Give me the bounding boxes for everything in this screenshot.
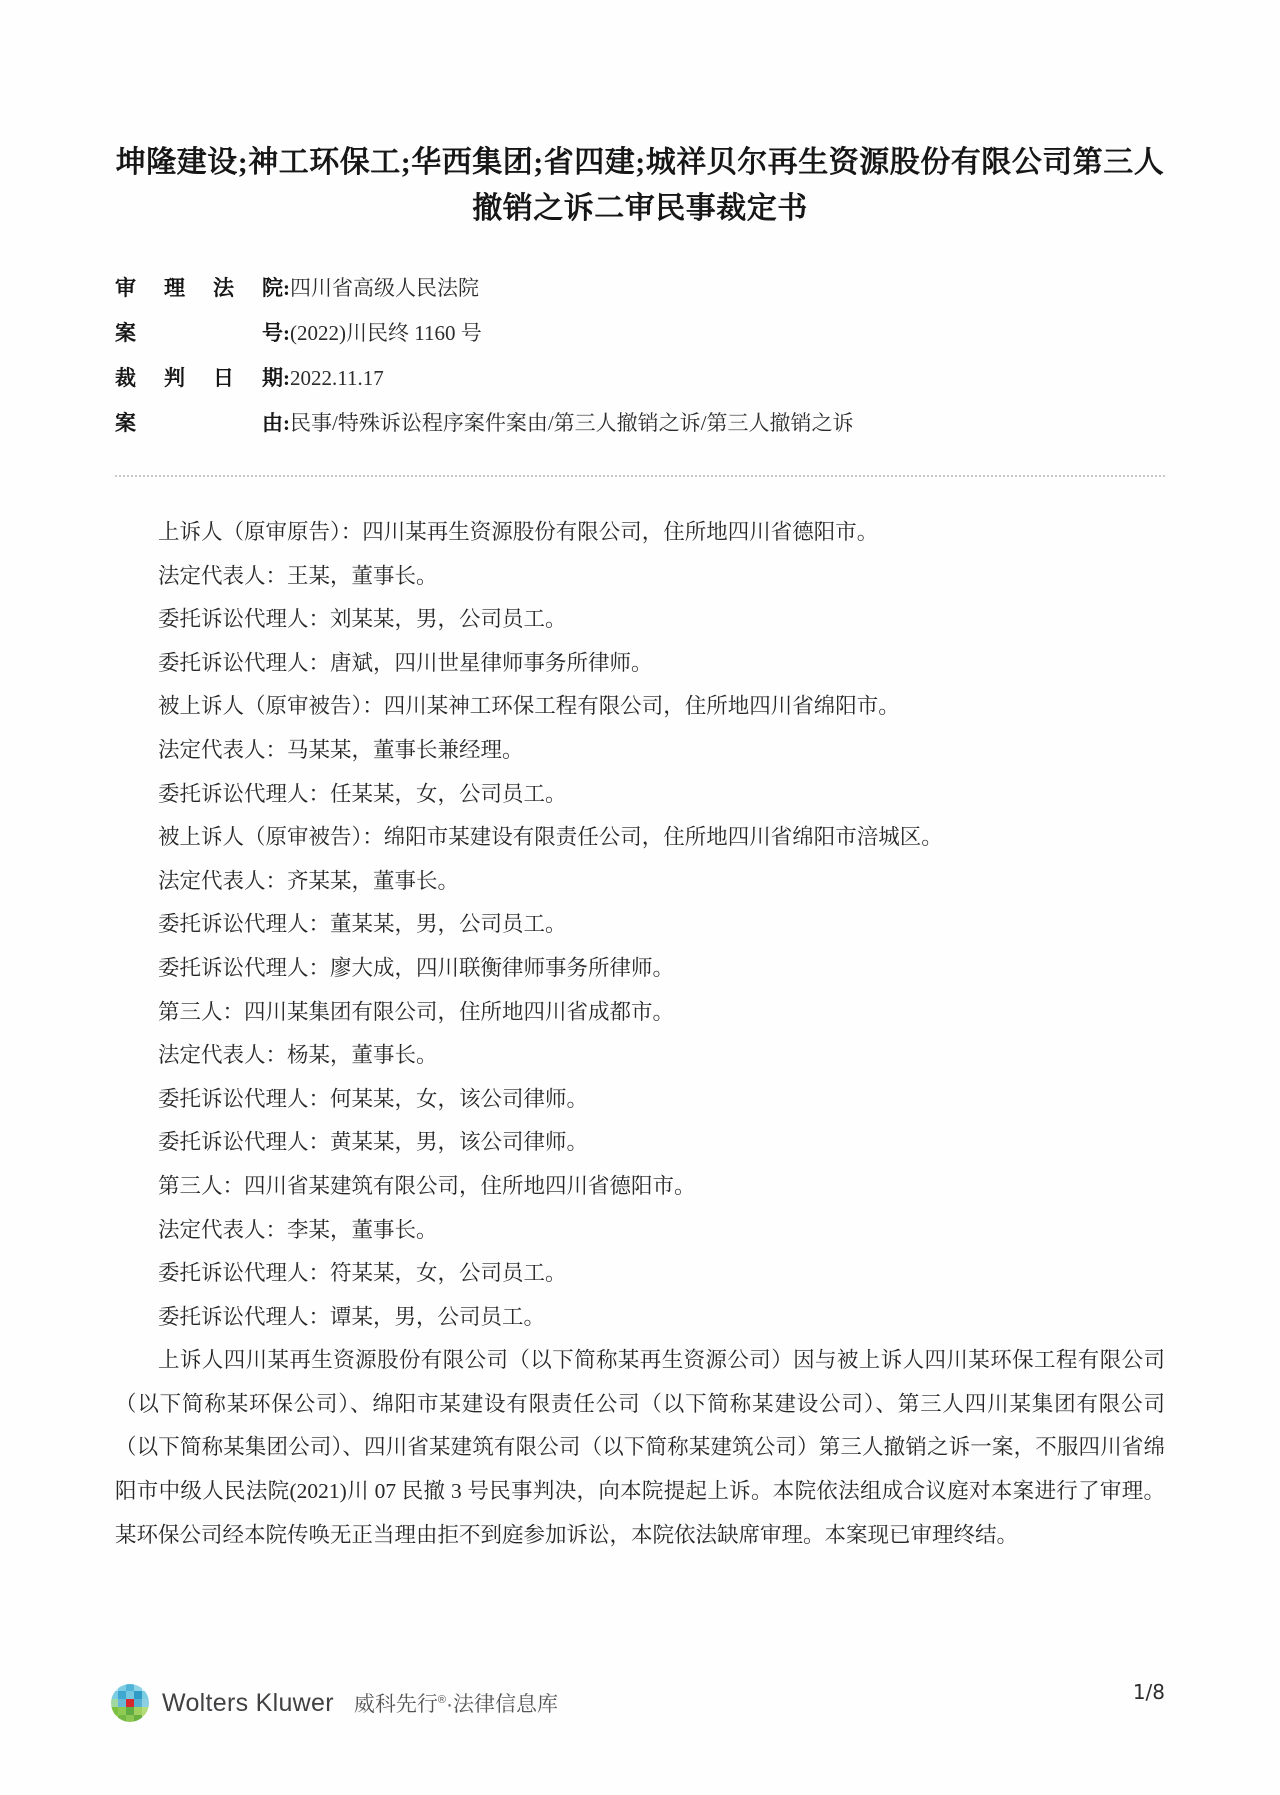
meta-value-court: 四川省高级人民法院 xyxy=(290,276,479,300)
party-line: 法定代表人：齐某某，董事长。 xyxy=(115,860,1165,904)
party-line: 法定代表人：李某，董事长。 xyxy=(115,1209,1165,1253)
registered-mark: ® xyxy=(438,1694,446,1706)
document-title: 坤隆建设;神工环保工;华西集团;省四建;城祥贝尔再生资源股份有限公司第三人撤销之… xyxy=(115,0,1165,232)
party-line: 被上诉人（原审被告）：四川某神工环保工程有限公司，住所地四川省绵阳市。 xyxy=(115,685,1165,729)
meta-label-judgment-date: 裁判日期 xyxy=(115,366,283,390)
party-line: 第三人：四川省某建筑有限公司，住所地四川省德阳市。 xyxy=(115,1165,1165,1209)
footer: Wolters Kluwer 威科先行®·法律信息库 1/8 xyxy=(110,1678,1165,1728)
case-summary-paragraph: 上诉人四川某再生资源股份有限公司（以下简称某再生资源公司）因与被上诉人四川某环保… xyxy=(115,1339,1165,1557)
wolters-kluwer-logo-icon xyxy=(110,1683,150,1723)
party-line: 法定代表人：杨某，董事长。 xyxy=(115,1034,1165,1078)
product-name-cn: 威科先行 xyxy=(354,1693,438,1716)
meta-colon: : xyxy=(283,276,290,300)
page-indicator: 1/8 xyxy=(1133,1680,1165,1704)
meta-value-cause-of-action: 民事/特殊诉讼程序案件案由/第三人撤销之诉/第三人撤销之诉 xyxy=(290,411,854,435)
meta-row-case-number: 案号:(2022)川民终 1160 号 xyxy=(115,321,1165,345)
meta-row-judgment-date: 裁判日期:2022.11.17 xyxy=(115,366,1165,390)
document-page: 坤隆建设;神工环保工;华西集团;省四建;城祥贝尔再生资源股份有限公司第三人撤销之… xyxy=(0,0,1280,1795)
dotted-divider xyxy=(115,475,1165,477)
document-content: 坤隆建设;神工环保工;华西集团;省四建;城祥贝尔再生资源股份有限公司第三人撤销之… xyxy=(0,0,1280,1557)
brand-wordmark: Wolters Kluwer xyxy=(162,1689,334,1718)
party-line: 第三人：四川某集团有限公司，住所地四川省成都市。 xyxy=(115,991,1165,1035)
party-line: 委托诉讼代理人：廖大成，四川联衡律师事务所律师。 xyxy=(115,947,1165,991)
party-line: 委托诉讼代理人：任某某，女，公司员工。 xyxy=(115,773,1165,817)
meta-value-judgment-date: 2022.11.17 xyxy=(290,366,384,390)
case-metadata: 审理法院:四川省高级人民法院 案号:(2022)川民终 1160 号 裁判日期:… xyxy=(115,276,1165,435)
party-line: 委托诉讼代理人：符某某，女，公司员工。 xyxy=(115,1252,1165,1296)
document-body: 上诉人（原审原告）：四川某再生资源股份有限公司，住所地四川省德阳市。 法定代表人… xyxy=(115,511,1165,1557)
party-line: 委托诉讼代理人：谭某，男，公司员工。 xyxy=(115,1296,1165,1340)
meta-label-case-number: 案号 xyxy=(115,321,283,345)
meta-colon: : xyxy=(283,366,290,390)
party-line: 上诉人（原审原告）：四川某再生资源股份有限公司，住所地四川省德阳市。 xyxy=(115,511,1165,555)
meta-row-court: 审理法院:四川省高级人民法院 xyxy=(115,276,1165,300)
party-line: 法定代表人：王某，董事长。 xyxy=(115,555,1165,599)
meta-colon: : xyxy=(283,411,290,435)
party-line: 委托诉讼代理人：黄某某，男，该公司律师。 xyxy=(115,1121,1165,1165)
party-line: 委托诉讼代理人：董某某，男，公司员工。 xyxy=(115,903,1165,947)
party-line: 委托诉讼代理人：唐斌，四川世星律师事务所律师。 xyxy=(115,642,1165,686)
meta-label-cause-of-action: 案由 xyxy=(115,411,283,435)
meta-colon: : xyxy=(283,321,290,345)
meta-label-court: 审理法院 xyxy=(115,276,283,300)
product-library-label: ·法律信息库 xyxy=(446,1693,558,1716)
product-name: 威科先行®·法律信息库 xyxy=(354,1688,558,1718)
party-line: 委托诉讼代理人：刘某某，男，公司员工。 xyxy=(115,598,1165,642)
party-line: 委托诉讼代理人：何某某，女，该公司律师。 xyxy=(115,1078,1165,1122)
meta-value-case-number: (2022)川民终 1160 号 xyxy=(290,321,482,345)
meta-row-cause-of-action: 案由:民事/特殊诉讼程序案件案由/第三人撤销之诉/第三人撤销之诉 xyxy=(115,411,1165,435)
party-line: 法定代表人：马某某，董事长兼经理。 xyxy=(115,729,1165,773)
party-line: 被上诉人（原审被告）：绵阳市某建设有限责任公司，住所地四川省绵阳市涪城区。 xyxy=(115,816,1165,860)
